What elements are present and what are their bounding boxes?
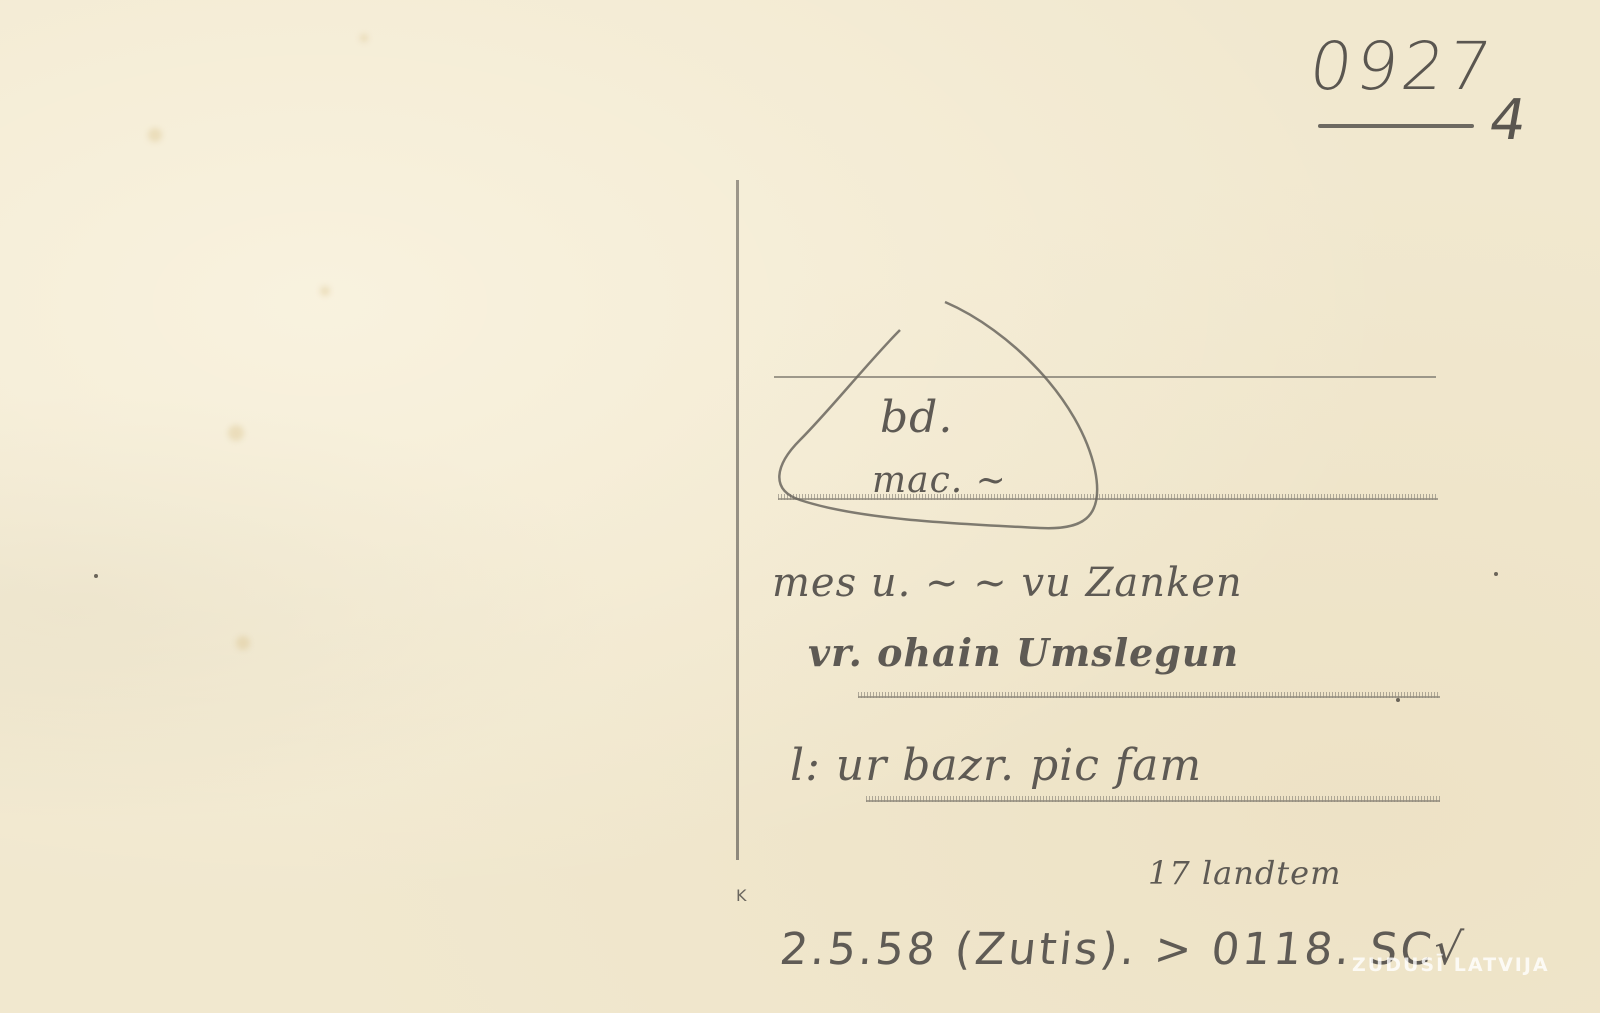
address-text-1: mes u. ~ ~ vu Zanken <box>772 560 1243 606</box>
postcard-back: 0927 4 bd. mac. ~ mes u. ~ ~ vu Zanken v… <box>0 0 1600 1013</box>
corner-mark: K <box>736 886 747 905</box>
circled-annotation <box>0 0 1600 1013</box>
address-text-2: vr. ohain Umslegun <box>808 630 1239 675</box>
archive-watermark: ZUDUSĪ LATVIJA <box>1352 954 1550 976</box>
circled-note-line-2: mac. ~ <box>872 460 1007 501</box>
small-note: 17 landtem <box>1148 854 1341 892</box>
address-text-3: l: ur bazr. pic fam <box>790 740 1202 791</box>
circled-note-line-1: bd. <box>880 392 953 443</box>
